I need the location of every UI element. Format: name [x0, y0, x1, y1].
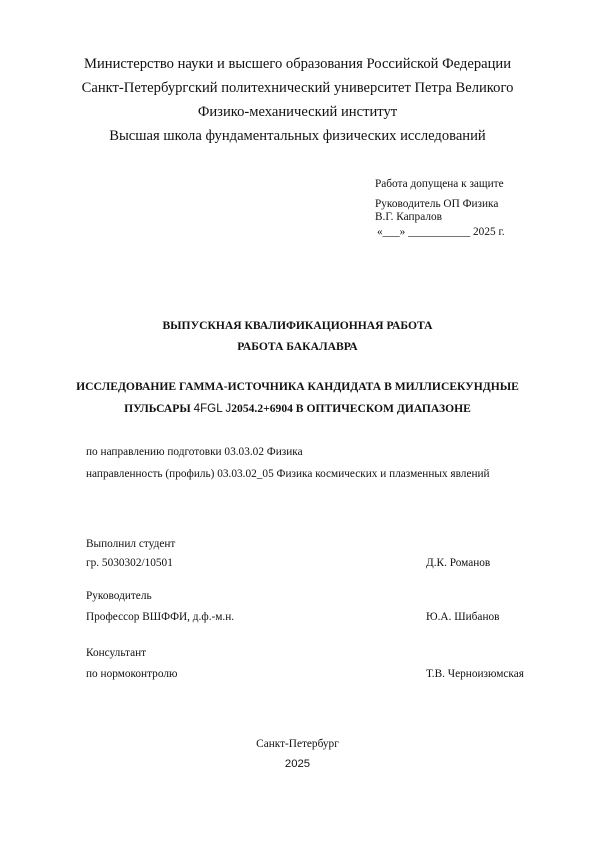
- thesis-title-line2: ПУЛЬСАРЫ 4FGL J2054.2+6904 В ОПТИЧЕСКОМ …: [0, 402, 595, 415]
- institute-line: Физико-механический институт: [0, 104, 595, 121]
- approval-admitted: Работа допущена к защите: [375, 178, 504, 190]
- footer-year: 2025: [0, 758, 595, 770]
- work-type-line1: ВЫПУСКНАЯ КВАЛИФИКАЦИОННАЯ РАБОТА: [0, 319, 595, 332]
- approval-supervisor-title: Руководитель ОП Физика: [375, 198, 498, 210]
- thesis-title-line1: ИССЛЕДОВАНИЕ ГАММА-ИСТОЧНИКА КАНДИДАТА В…: [0, 380, 595, 393]
- approval-supervisor-name: В.Г. Капралов: [375, 211, 442, 223]
- thesis-title-catalog: 4FGL J: [194, 402, 232, 415]
- signature-supervisor-name: Ю.А. Шибанов: [426, 611, 499, 623]
- school-line: Высшая школа фундаментальных физических …: [0, 128, 595, 145]
- thesis-title-suffix: 2054.2+6904 В ОПТИЧЕСКОМ ДИАПАЗОНЕ: [231, 402, 471, 415]
- footer-city: Санкт-Петербург: [0, 738, 595, 750]
- ministry-line: Министерство науки и высшего образования…: [0, 56, 595, 73]
- signature-student-detail: гр. 5030302/10501: [86, 557, 173, 569]
- program-profile: направленность (профиль) 03.03.02_05 Физ…: [86, 468, 490, 480]
- signature-supervisor-detail: Профессор ВШФФИ, д.ф.-м.н.: [86, 611, 234, 623]
- signature-consultant-role: Консультант: [86, 647, 146, 659]
- signature-student-name: Д.К. Романов: [426, 557, 490, 569]
- signature-consultant-name: Т.В. Черноизюмская: [426, 668, 524, 680]
- work-type-line2: РАБОТА БАКАЛАВРА: [0, 340, 595, 353]
- thesis-title-prefix: ПУЛЬСАРЫ: [124, 402, 194, 415]
- signature-student-role: Выполнил студент: [86, 538, 175, 550]
- approval-date-line: «___» ___________ 2025 г.: [377, 226, 505, 238]
- university-line: Санкт-Петербургский политехнический унив…: [0, 80, 595, 97]
- program-direction: по направлению подготовки 03.03.02 Физик…: [86, 446, 303, 458]
- signature-supervisor-role: Руководитель: [86, 590, 152, 602]
- signature-consultant-detail: по нормоконтролю: [86, 668, 177, 680]
- title-page: Министерство науки и высшего образования…: [0, 0, 595, 841]
